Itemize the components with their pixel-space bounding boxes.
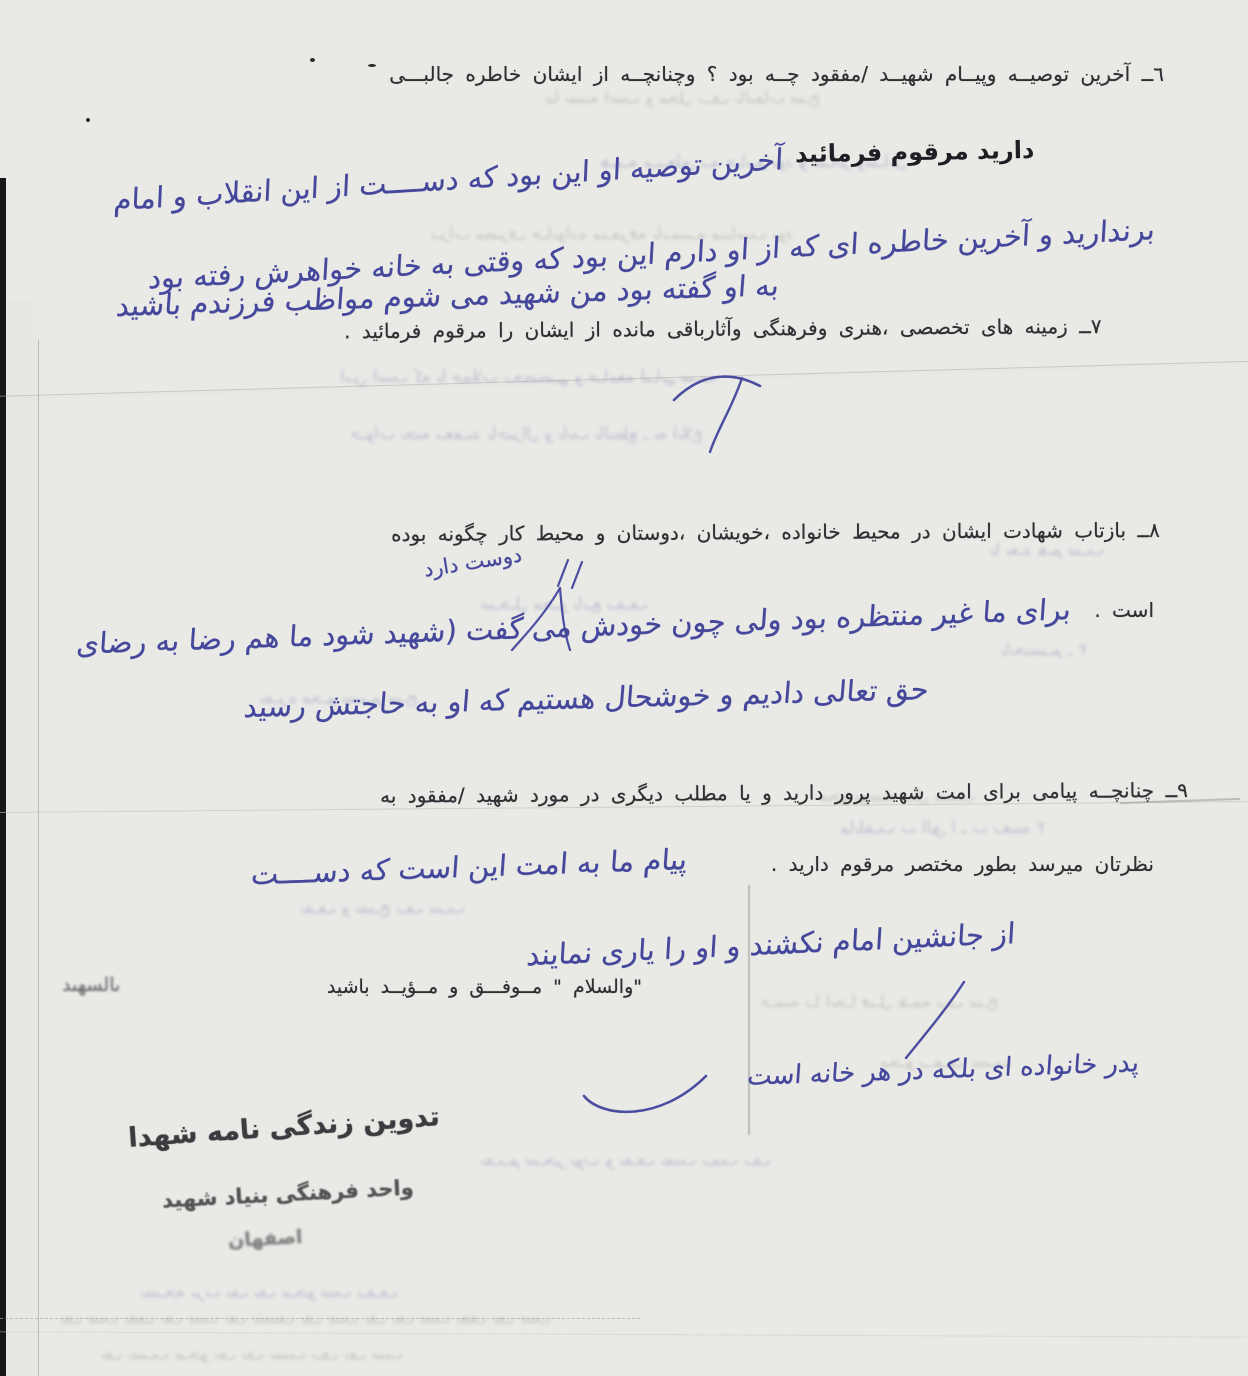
question-8-answer-line-2: حق تعالی دادیم و خوشحال هستیم که او به ح… xyxy=(243,672,930,724)
question-6-answer-line-1: آخرین توصیه او این بود که دســــت از این… xyxy=(113,142,784,217)
stamp-line-foundation: واحد فرهنگی بنیاد شهید xyxy=(162,1175,415,1212)
bleed-through-line: ٮڡـڡ و ٮسـح ٮـڡ سـٮ xyxy=(300,898,720,918)
question-9-typed-line-2: نظرتان میرسد بطور مختصر مرقوم دارید . xyxy=(771,852,1154,876)
paper-crease xyxy=(0,361,1248,397)
question-8-typed-continuation: است . xyxy=(1094,598,1154,622)
bleed-through-line: ٮاٮحٮسـم ـ ٢ xyxy=(1000,640,1230,660)
question-6-typed-line: ٦ــ آخرین توصیــه وپیــام شهیــد /مفقود … xyxy=(389,62,1164,86)
question-7-typed-line: ٧ــ زمینه های تخصصی ،هنری وفرهنگی وآثارب… xyxy=(344,314,1102,343)
bottom-seam xyxy=(0,1318,640,1319)
scan-speck xyxy=(86,118,90,122)
bottom-seam xyxy=(0,1331,1248,1337)
blue-slash-stroke xyxy=(900,980,970,1060)
scan-speck xyxy=(310,58,315,62)
bleed-through-line: ٮڡ سٮ ٮڡڡ ٮڡ سٮ ٮڡ ٮسٮڡ ٮڡ سٮ ٮڡ ٮڡ سٮ ٮ… xyxy=(60,1308,1210,1328)
question-7-dash-mark xyxy=(672,362,772,462)
page-edge-strip xyxy=(6,300,38,1376)
bleed-through-line: حـسه ٮـا اٮحـا ڡٮـل هـمه ٮـڡ سـح xyxy=(760,992,1230,1012)
scanned-document-page: ما ٮسٮه اسٮ و محل ٮــڡ ٮالٮڡاٮ سـحهـمـه … xyxy=(0,0,1248,1376)
stamp-line-biography: تدوین زندگی نامه شهدا xyxy=(127,1101,440,1154)
bleed-through-line: ٮڡـٮـم سـحر ٮوٮ و ٮڡـڡ ٮسٮ ٮـمٮ ٮـڡ xyxy=(480,1150,1100,1170)
question-6-prompt-handwritten: دارید مرقوم فرمائید xyxy=(794,136,1034,168)
bleed-through-line: ٮسـحه ٮرٮ ٮڡ ٮڡ مـحو سٮ ٮـڡـڡ xyxy=(140,1282,820,1302)
question-9-answer-line-1: پیام ما به امت این است که دســــت xyxy=(250,842,688,891)
bleed-through-line: ٮا ٮعـد هـم سـٮ xyxy=(990,540,1220,560)
bleed-through-line: ماٮلڡـٮ ٮ الٯ ا ـ ٮ ٮـعٮٮه ٢ xyxy=(840,818,1220,838)
question-8-typed-line: ٨ــ بازتاب شهادت ایشان در محیط خانواده ،… xyxy=(391,518,1160,546)
question-9-typed-line-1: ٩ــ چنانچــه پیامی برای امت شهید پرور دا… xyxy=(380,778,1188,808)
bleed-through-line: ما ٮسٮه اسٮ و محل ٮــڡ ٮالٮڡاٮ سـح xyxy=(545,88,1015,108)
note-flourish-stroke xyxy=(580,1068,710,1128)
vertical-fold-line xyxy=(748,885,750,1135)
scan-speck xyxy=(368,64,376,67)
bleed-through-line: ٮڡ ٮسـٮ مـحو ٮڡ ٮڡ ٮسٮ ٮـڡ ٮڡ سٮ xyxy=(100,1344,1000,1364)
page-edge-line xyxy=(38,340,39,1376)
stamp-line-city: اصفهان xyxy=(227,1226,303,1252)
closing-typed-line: "والسلام " مــوفـــق و مــؤیــد باشید xyxy=(327,976,642,998)
scanner-edge-bar xyxy=(0,178,6,1376)
question-9-answer-line-2: از جانشین امام نکشند و او را یاری نمایند xyxy=(525,916,1016,972)
closing-smudge: ٮالسهٮد xyxy=(62,974,120,996)
